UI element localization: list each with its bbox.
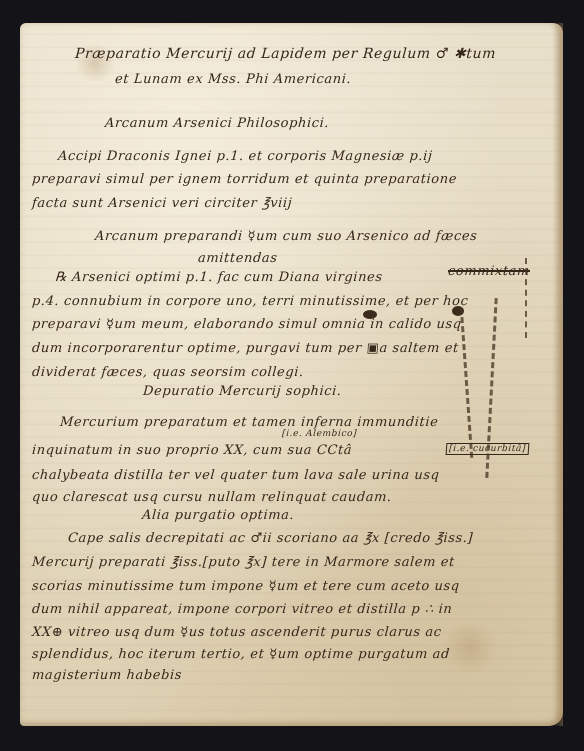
heading-alia-purgatio: Alia purgatio optima. <box>141 508 294 523</box>
text-line: p.4. connubium in corpore uno, terri min… <box>31 294 469 309</box>
text-line: magisterium habebis <box>31 668 182 683</box>
text-line: quo clarescat usq cursu nullam relinquat… <box>31 490 392 505</box>
text-line: splendidus, hoc iterum tertio, et ☿um op… <box>31 647 450 662</box>
heading-depuratio: Depuratio Mercurij sophici. <box>142 384 342 399</box>
interlinear-note: [i.e. Alembico] <box>282 429 358 439</box>
text-line: inquinatum in suo proprio XX, cum sua CC… <box>31 443 352 458</box>
heading-arcanum-arsenici: Arcanum Arsenici Philosophici. <box>104 116 329 131</box>
ink-drip <box>460 308 473 458</box>
ink-drip <box>525 258 527 338</box>
text-line: Mercurij preparati ℥iss.[puto ℥x] tere i… <box>31 555 455 570</box>
title-line-2: et Lunam ex Mss. Phi Americani. <box>114 72 351 87</box>
heading-continuation: amittendas <box>197 251 278 266</box>
struck-word: commixtam <box>447 264 530 279</box>
text-line: dum nihil appareat, impone corpori vitre… <box>31 602 452 617</box>
text-line: chalybeata distilla ter vel quater tum l… <box>31 468 440 483</box>
text-line: Mercurium preparatum et tamen inferna im… <box>59 415 438 430</box>
text-line: dum incorporarentur optime, purgavi tum … <box>31 341 459 356</box>
heading-arcanum-preparandi: Arcanum preparandi ☿um cum suo Arsenico … <box>94 229 477 244</box>
ink-blot <box>363 310 377 319</box>
text-line: Accipi Draconis Ignei p.1. et corporis M… <box>57 149 433 164</box>
text-line: Cape salis decrepitati ac ♂ii scoriano a… <box>67 531 473 546</box>
text-line: XX⊕ vitreo usq dum ☿us totus ascenderit … <box>31 625 442 640</box>
text-line: dividerat fæces, quas seorsim collegi. <box>31 365 304 380</box>
text-line: preparavi simul per ignem torridum et qu… <box>31 172 457 187</box>
title-line-1: Præparatio Mercurij ad Lapidem per Regul… <box>74 46 496 62</box>
text-line: ℞ Arsenici optimi p.1. fac cum Diana vir… <box>54 270 383 285</box>
text-line: preparavi ☿um meum, elaborando simul omn… <box>31 317 462 332</box>
manuscript-page: Præparatio Mercurij ad Lapidem per Regul… <box>20 23 563 726</box>
text-line: facta sunt Arsenici veri circiter ℥viij <box>31 196 292 211</box>
text-line: scorias minutissime tum impone ☿um et te… <box>31 579 460 594</box>
page-edge-shadow <box>553 23 563 726</box>
